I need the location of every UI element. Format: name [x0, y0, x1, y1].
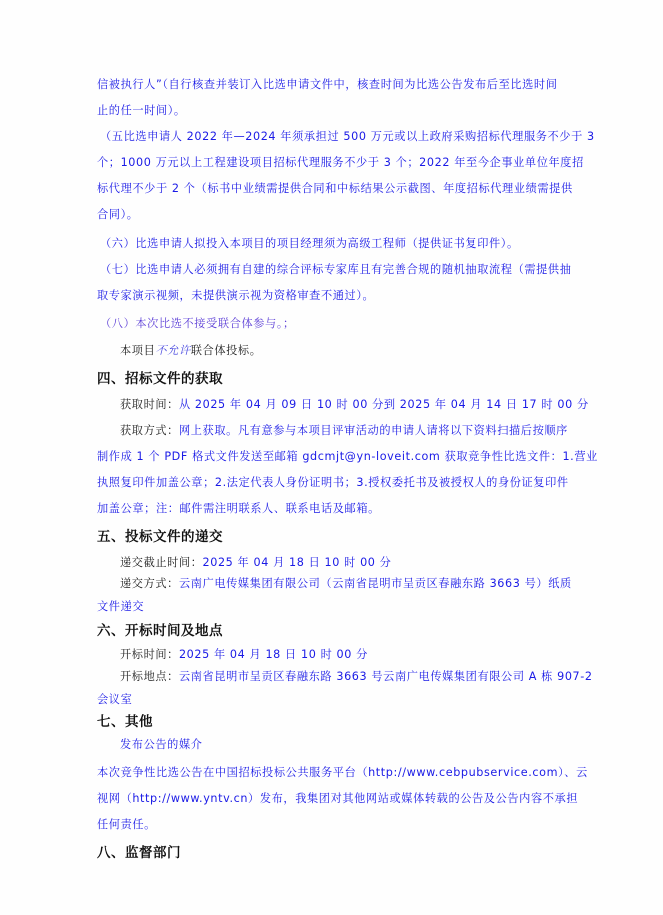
section-6-heading: 六、开标时间及地点 — [97, 622, 223, 640]
section-4-method-label: 获取方式： — [120, 424, 179, 437]
section-7-heading: 七、其他 — [97, 713, 153, 731]
section-5-deadline-label: 递交截止时间： — [120, 556, 203, 569]
requirement-8-line-2: 本项目不允许联合体投标。 — [120, 343, 261, 359]
section-5-method-line-1: 递交方式：云南广电传媒集团有限公司（云南省昆明市呈贡区春融东路 3663 号）纸… — [120, 576, 572, 592]
section-5-method-label: 递交方式： — [120, 577, 179, 590]
paragraph-dishonest-line-1: 信被执行人”（自行核查并装订入比选申请文件中，核查时间为比选公告发布后至比选时间 — [97, 77, 558, 93]
section-4-method-line-2: 制作成 1 个 PDF 格式文件发送至邮箱 gdcmjt@yn-loveit.c… — [97, 449, 598, 465]
section-7-media-line-3: 任何责任。 — [97, 817, 156, 833]
section-4-time-label: 获取时间： — [120, 398, 179, 411]
section-4-time-value: 从 2025 年 04 月 09 日 10 时 00 分到 2025 年 04 … — [179, 398, 589, 411]
section-4-method-line-4: 加盖公章；注：邮件需注明联系人、联系电话及邮箱。 — [97, 501, 380, 517]
section-6-place-label: 开标地点： — [120, 670, 179, 683]
section-5-method-line-2: 文件递交 — [97, 599, 144, 615]
section-6-time: 开标时间：2025 年 04 月 18 日 10 时 00 分 — [120, 647, 368, 663]
section-6-time-label: 开标时间： — [120, 648, 179, 661]
requirement-5-line-2: 个；1000 万元以上工程建设项目招标代理服务不少于 3 个；2022 年至今企… — [97, 155, 584, 171]
requirement-5-line-3: 标代理不少于 2 个（标书中业绩需提供合同和中标结果公示截图、年度招标代理业绩需… — [97, 181, 573, 197]
section-4-time: 获取时间：从 2025 年 04 月 09 日 10 时 00 分到 2025 … — [120, 397, 589, 413]
section-7-media-line-1: 本次竞争性比选公告在中国招标投标公共服务平台（http://www.cebpub… — [97, 765, 588, 781]
section-4-method-text: 网上获取。凡有意参与本项目评审活动的申请人请将以下资料扫描后按顺序 — [179, 424, 568, 437]
paragraph-dishonest-line-2: 止的任一时间）。 — [97, 103, 186, 119]
section-4-method-line-1: 获取方式：网上获取。凡有意参与本项目评审活动的申请人请将以下资料扫描后按顺序 — [120, 423, 568, 439]
section-4-heading: 四、招标文件的获取 — [97, 370, 223, 388]
section-6-place-text: 云南省昆明市呈贡区春融东路 3663 号云南广电传媒集团有限公司 A 栋 907… — [179, 670, 593, 683]
requirement-5-line-4: 合同）。 — [97, 207, 139, 223]
document-page: 信被执行人”（自行核查并装订入比选申请文件中，核查时间为比选公告发布后至比选时间… — [0, 0, 663, 915]
section-6-time-value: 2025 年 04 月 18 日 10 时 00 分 — [179, 648, 368, 661]
requirement-5-line-1: （五比选申请人 2022 年—2024 年须承担过 500 万元或以上政府采购招… — [100, 129, 595, 145]
section-5-deadline: 递交截止时间：2025 年 04 月 18 日 10 时 00 分 — [120, 555, 391, 571]
consortium-prefix: 本项目 — [120, 344, 155, 357]
section-4-method-line-3: 执照复印件加盖公章；2.法定代表人身份证明书；3.授权委托书及被授权人的身份证复… — [97, 475, 569, 491]
section-6-place-line-1: 开标地点：云南省昆明市呈贡区春融东路 3663 号云南广电传媒集团有限公司 A … — [120, 669, 593, 685]
requirement-8-line-1: （八）本次比选不接受联合体参与。； — [100, 316, 295, 332]
section-5-deadline-value: 2025 年 04 月 18 日 10 时 00 分 — [203, 556, 392, 569]
section-5-method-text: 云南广电传媒集团有限公司（云南省昆明市呈贡区春融东路 3663 号）纸质 — [179, 577, 572, 590]
section-6-place-line-2: 会议室 — [97, 692, 132, 708]
section-5-heading: 五、投标文件的递交 — [97, 528, 223, 546]
requirement-7-line-2: 取专家演示视频，未提供演示视为资格审查不通过）。 — [97, 288, 374, 304]
requirement-7-line-1: （七）比选申请人必须拥有自建的综合评标专家库且有完善合规的随机抽取流程（需提供抽 — [100, 262, 572, 278]
requirement-6-line-1: （六）比选申请人拟投入本项目的项目经理须为高级工程师（提供证书复印件）。 — [100, 236, 519, 252]
section-8-heading: 八、监督部门 — [97, 844, 181, 862]
consortium-not-allowed: 不允许 — [155, 344, 190, 357]
consortium-suffix: 联合体投标。 — [191, 344, 262, 357]
section-7-media-title: 发布公告的媒介 — [120, 737, 203, 753]
section-7-media-line-2: 视网（http://www.yntv.cn）发布，我集团对其他网站或媒体转载的公… — [97, 791, 578, 807]
